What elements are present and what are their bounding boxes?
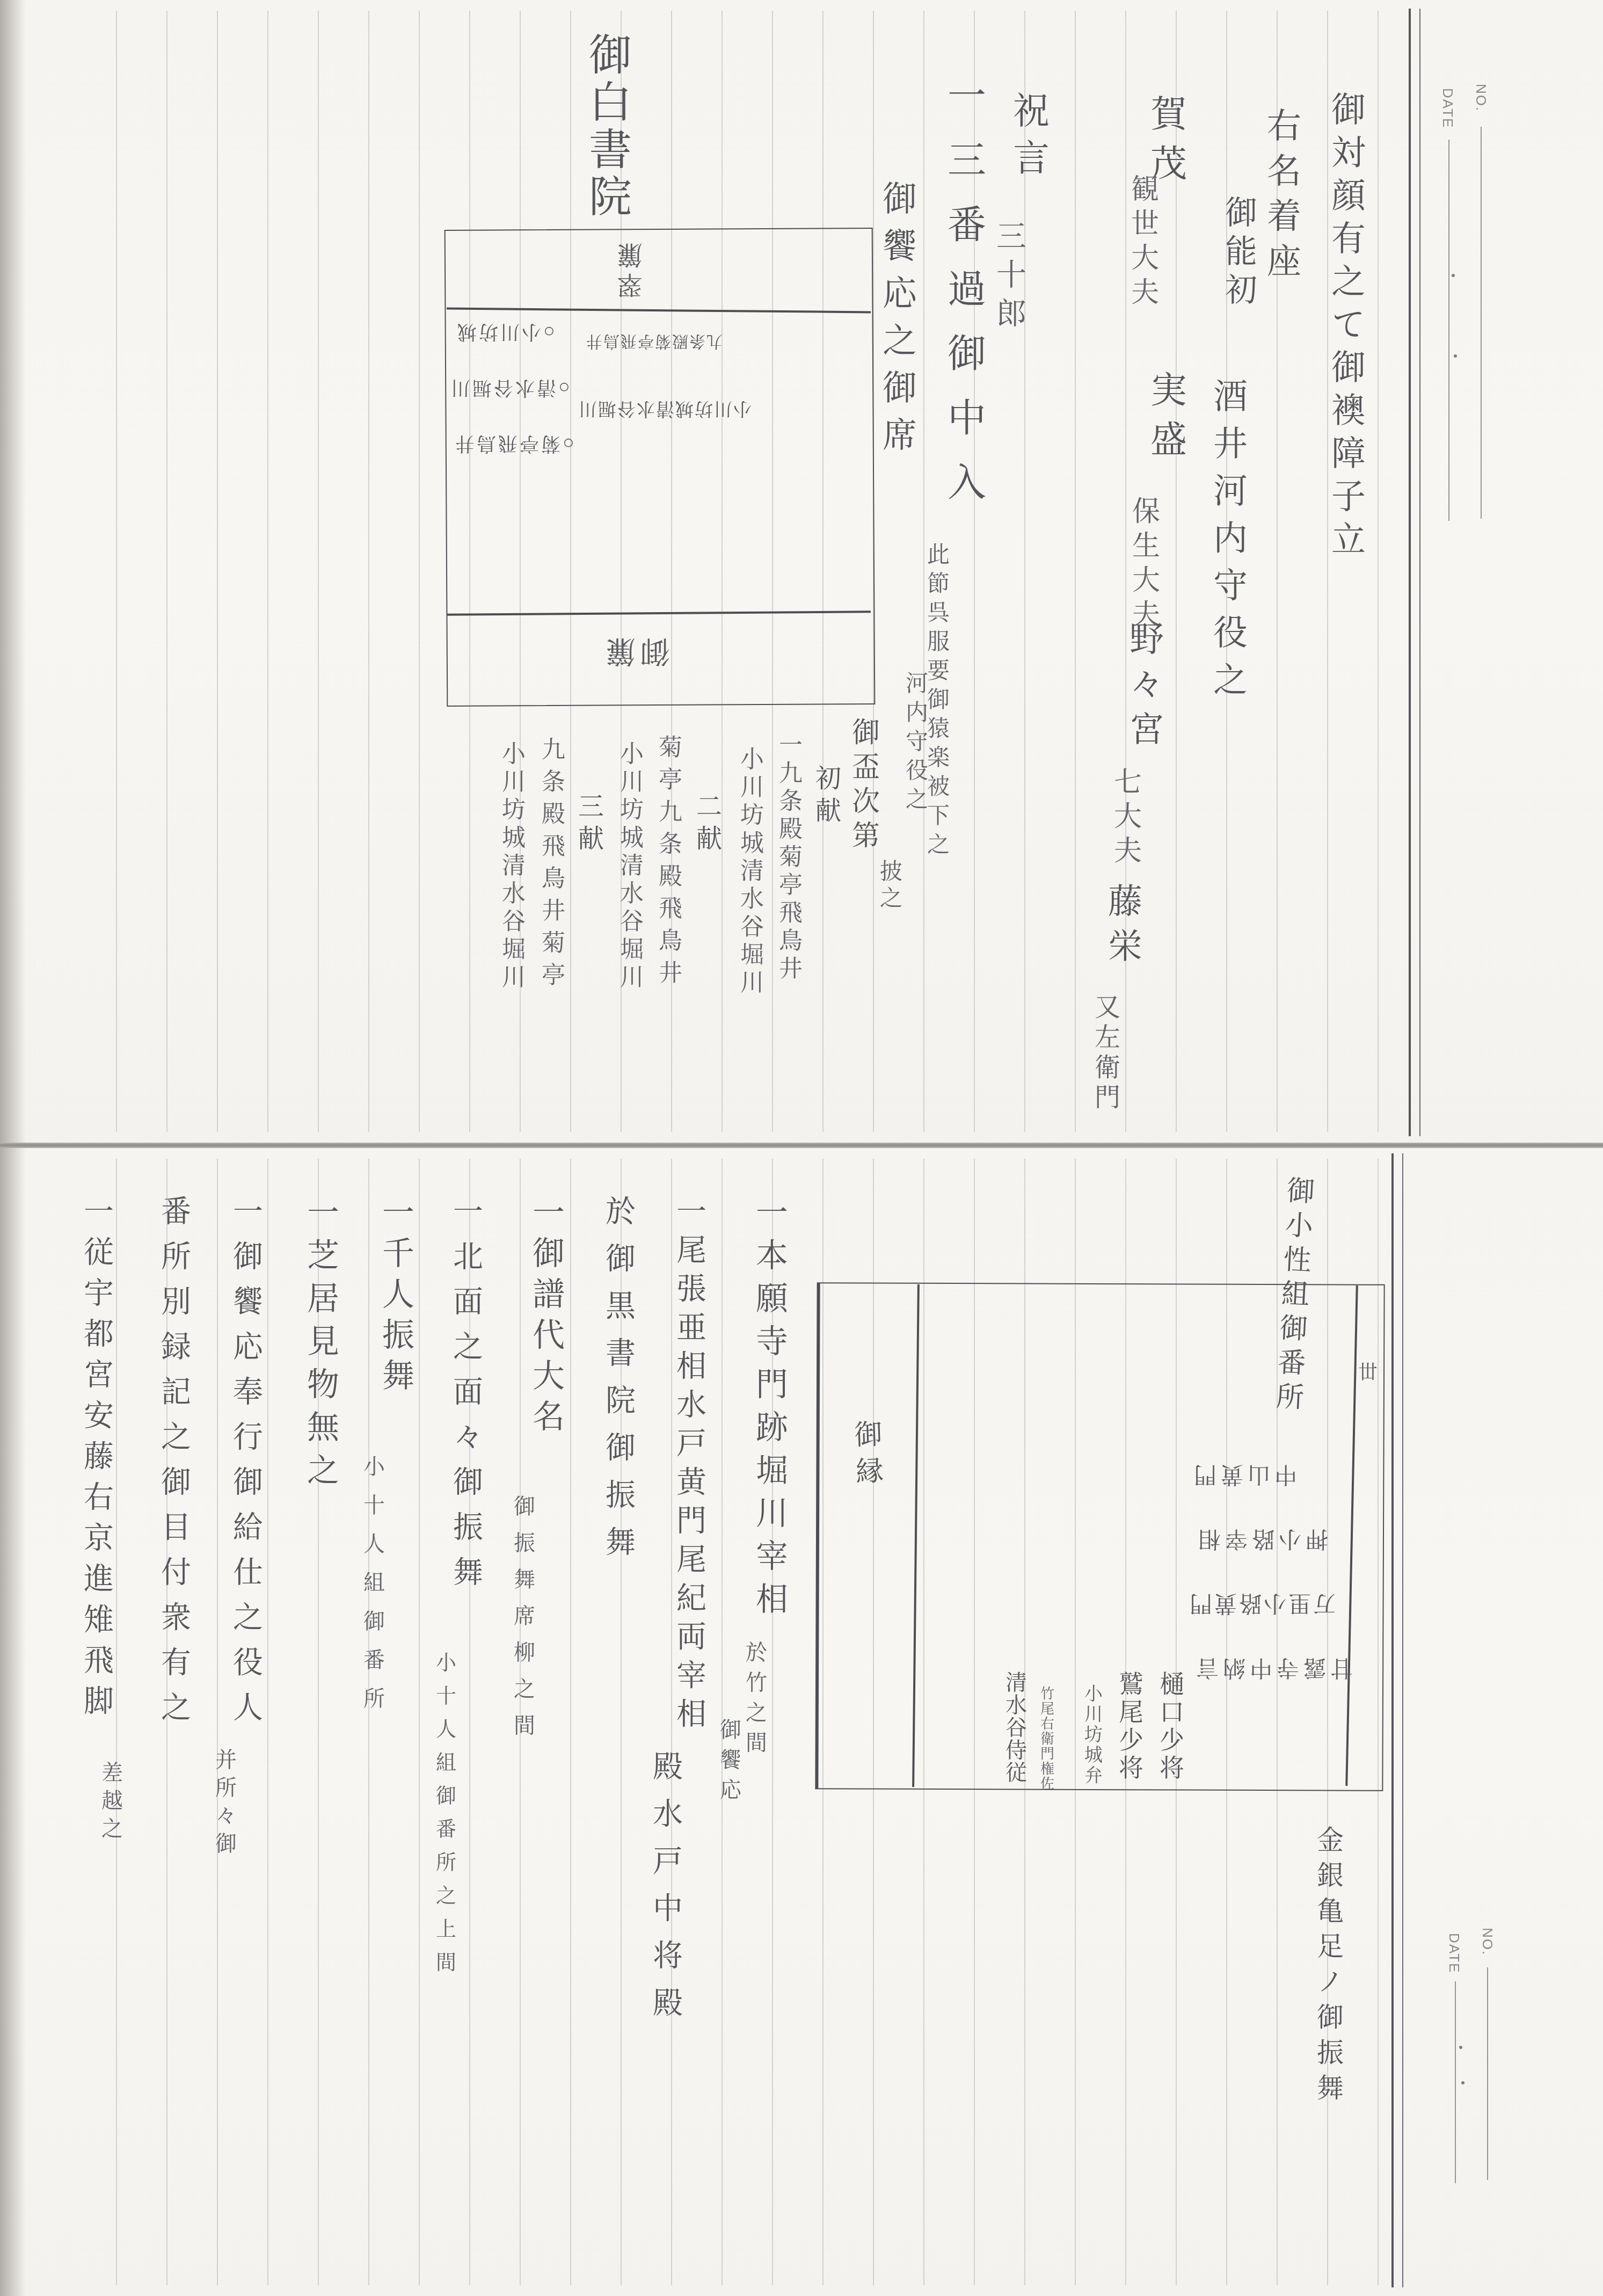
seat-name-ogawa-bojo: 小川坊城弁 [1082, 1684, 1101, 1786]
date-dot [1459, 2046, 1462, 2049]
no-label: NO. [1473, 84, 1489, 112]
note-kinginkame: 金銀亀足ノ御振舞 [1314, 1826, 1341, 2109]
noh-piece-toei: 藤栄 [1106, 883, 1140, 973]
page-edge-shadow [0, 1148, 26, 2296]
date-dot [1461, 2081, 1464, 2084]
item-fudai: 一御譜代大名 [528, 1195, 560, 1440]
item-kyoo-bugyo: 一御饗応奉行御給仕之役人 [231, 1195, 261, 1736]
actor-shichidayu: 七大夫 [1112, 767, 1140, 870]
column-onohajime: 御能初 [1221, 195, 1253, 311]
seat-name-shimizudani: 清水谷侍従 [1003, 1671, 1024, 1784]
column-sanbansugi: 一三番過御中入 [945, 75, 983, 526]
noh-piece-nonomiya: 野々宮 [1127, 621, 1162, 756]
date-rule-line [1455, 1981, 1456, 2183]
round2-names-b: 小川坊城清水谷堀川 [618, 741, 642, 992]
column-sakai-kawachi: 酒井河内守役之 [1211, 378, 1245, 709]
page-edge-shadow [0, 0, 26, 1143]
margin-line-inner [1402, 1153, 1403, 2287]
actor-hosho: 保生大夫 [1131, 496, 1158, 634]
note-kojunin-ue: 小十人組御番所之上間 [434, 1652, 454, 1985]
sake-order-title: 御盃次第 [850, 717, 878, 855]
blind-label-bottom: 御簾 [601, 636, 670, 666]
seat-label-rotated: 中山黄門 [1190, 1463, 1297, 1485]
veranda-label: 御縁 [852, 1419, 883, 1493]
alcove-mark: 丗 [1357, 1362, 1376, 1381]
margin-line [1409, 9, 1411, 1136]
round1-label: 初献 [812, 765, 837, 829]
date-dot [1454, 354, 1457, 358]
column-kyoo-seki: 御饗応之御席 [880, 180, 915, 464]
item-hokumen: 一北面之面々御振舞 [451, 1195, 481, 1601]
round2-names-a: 菊亭九条殿飛鳥井 [657, 735, 681, 992]
note-kyoo: 御饗応 [717, 1718, 739, 1808]
margin-line-inner [1419, 9, 1420, 1136]
seat-label-rotated: 押小路宰相 [1194, 1527, 1328, 1550]
round1-names-b: 小川坊城清水谷堀川 [739, 746, 762, 998]
date-label: DATE [1446, 1933, 1462, 1973]
note-kojunin: 小十人組御番所 [361, 1455, 382, 1726]
blind-label-suiren: 翠簾 [621, 238, 646, 299]
actor-sanjuro: 三十郎 [994, 220, 1024, 336]
item-sennin: 一千人振舞 [378, 1195, 410, 1399]
date-rule-line [1448, 140, 1449, 521]
date-label: DATE [1440, 88, 1456, 128]
item-utsunomiya: 一従宇都宮安藤右京進雉飛脚 [82, 1195, 112, 1726]
note-kawachi-yaku: 河内守役之 [904, 671, 927, 816]
actor-kanze: 観世大夫 [1130, 174, 1157, 311]
item-mito-chujo: 殿水戸中将殿 [651, 1750, 681, 2034]
seat-row-rotated: 小川坊城清水谷堀川 [578, 399, 752, 418]
seat-name-washio: 鷲尾少将 [1117, 1671, 1141, 1783]
item-honganji: 一本願寺門跡堀川宰相 [752, 1195, 784, 1625]
seat-label-rotated: ○小川坊城 [455, 322, 555, 342]
no-label: NO. [1480, 1928, 1496, 1956]
note-gofuku: 此節呉服要御猿楽被下之 [926, 542, 948, 861]
seat-label-rotated: 甘露寺中納言 [1192, 1656, 1353, 1679]
note-hiraki: 披之 [878, 859, 901, 913]
seat-label-rotated: 万里小路黄門 [1187, 1592, 1336, 1614]
note-yanaginoma: 御振舞席柳之間 [511, 1495, 533, 1750]
noh-piece-sanemori: 実盛 [1147, 370, 1183, 469]
column-shugen: 祝言 [1009, 91, 1046, 186]
seat-name-takeo: 竹尾右衛門権佐 [1039, 1686, 1053, 1791]
round2-label: 二献 [693, 793, 718, 857]
room-title-shiroshoin: 御白書院 [585, 32, 628, 221]
seat-row-rotated: 九条殿菊亭飛鳥井 [585, 333, 723, 349]
page-gap [0, 1143, 1603, 1148]
seat-label-rotated: ○菊亭飛鳥井 [453, 434, 574, 453]
round3-label: 三献 [574, 793, 600, 857]
column-taikan: 御対顔有之て御襖障子立 [1329, 91, 1364, 564]
round3-names-b: 小川坊城清水谷堀川 [500, 741, 524, 992]
column-chakuza: 右名着座 [1265, 107, 1299, 288]
round3-names-a: 九条殿飛鳥井菊亭 [540, 737, 564, 994]
item-kuroshoin: 於御黒書院御振舞 [603, 1195, 633, 1573]
notebook-scan: NO. DATE 御対顔有之て御襖障子立 右名着座 御能初 酒井河内守役之 賀茂… [0, 0, 1603, 2296]
margin-line [1391, 1153, 1394, 2287]
note-takenoma: 於竹之間 [743, 1641, 764, 1761]
note-sashikoshi: 差越之 [99, 1761, 120, 1845]
no-rule-line [1487, 1967, 1488, 2180]
seat-name-higuchi: 樋口少将 [1157, 1671, 1182, 1783]
no-rule-line [1481, 127, 1482, 519]
item-bansho-betsuroku: 番所別録記之御目付衆有之 [159, 1195, 189, 1736]
date-dot [1452, 274, 1455, 277]
note-narabini: 并所々御 [213, 1748, 234, 1860]
seat-label-rotated: ○清水谷堀川 [449, 378, 570, 397]
item-shibai: 一芝居見物無之 [303, 1195, 335, 1496]
item-owari-mito: 一尾張亜相水戸黄門尾紀両宰相 [674, 1195, 704, 1736]
round1-names-a: 一九条殿菊亭飛鳥井 [777, 732, 801, 984]
actor-matazaemon: 又左衛門 [1091, 993, 1117, 1114]
